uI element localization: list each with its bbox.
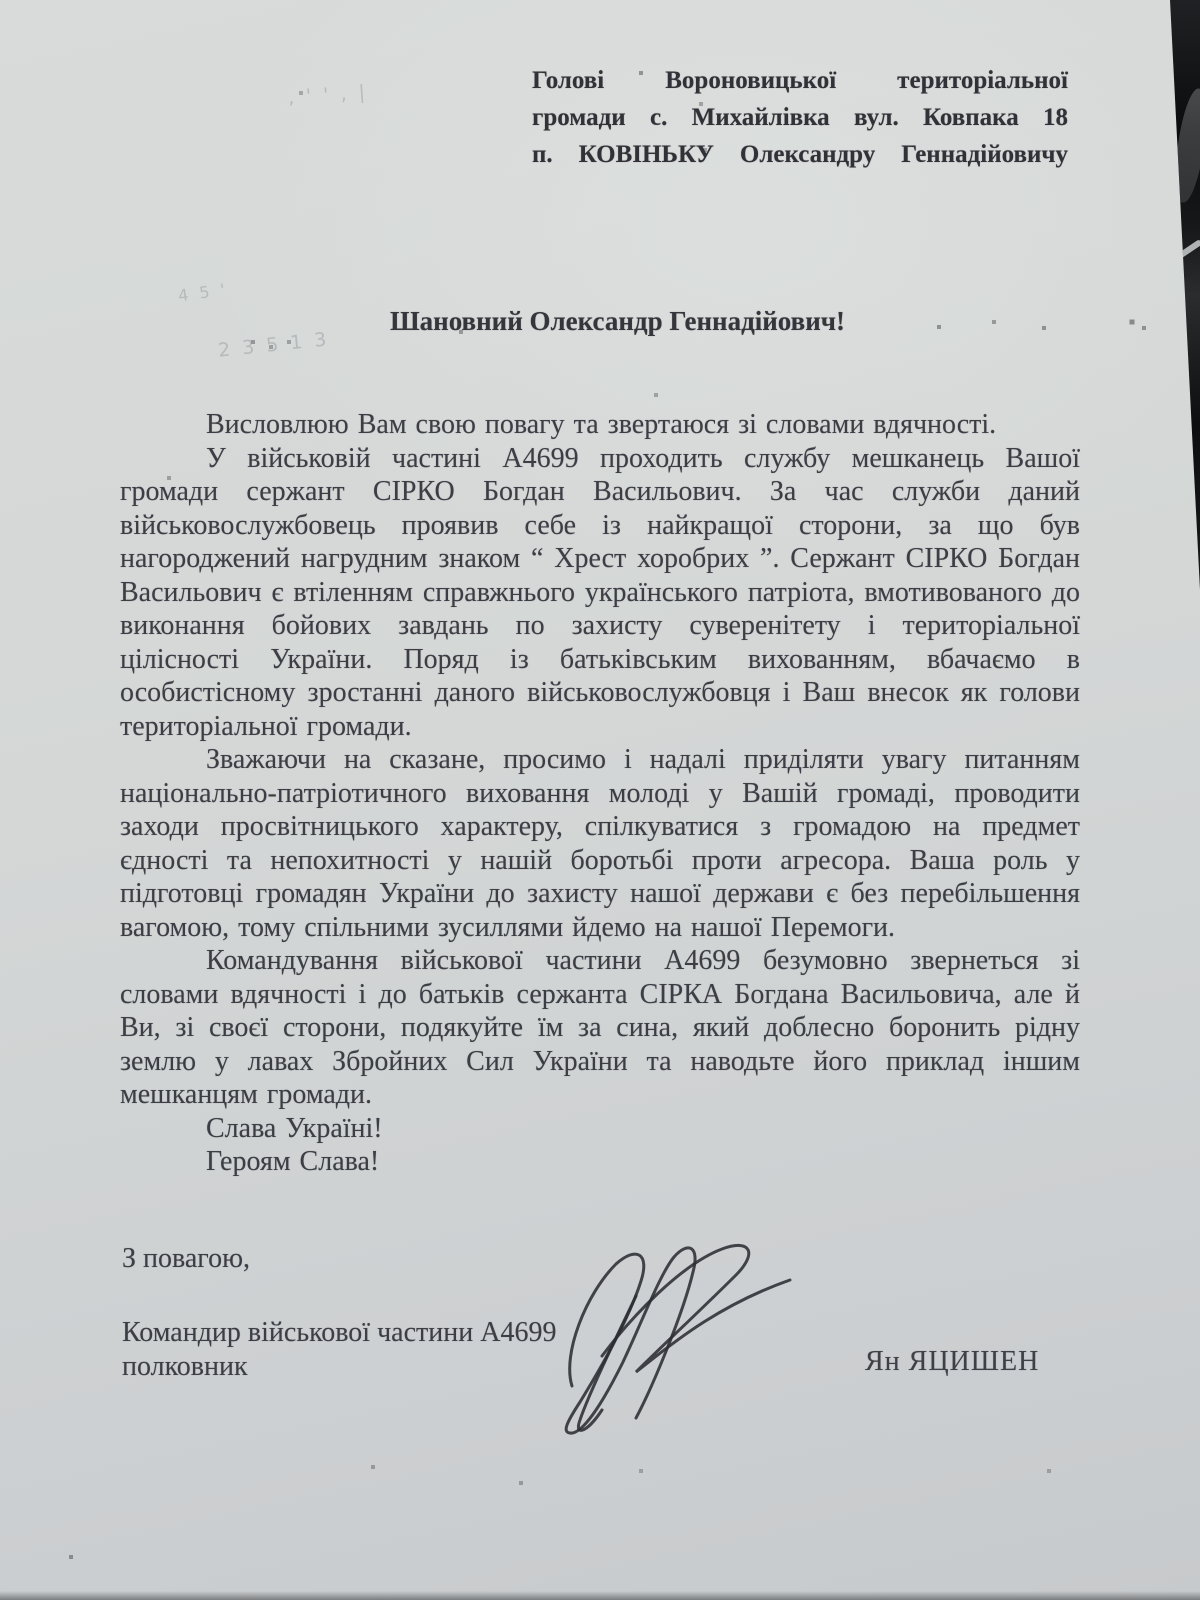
paragraph: Висловлюю Вам свою повагу та звертаюся з… [120, 408, 1080, 442]
signature-scribble [540, 1236, 795, 1441]
letter-page: , ' ' , | 4 5 ' 2 3 5 1 3 Голові Воронов… [0, 0, 1200, 1600]
dust-speckles [0, 0, 2, 2]
photo-background-edge [1170, 0, 1200, 590]
letter-body: Висловлюю Вам свою повагу та звертаюся з… [120, 408, 1080, 1179]
recipient-line: громади с. Михайлівка вул. Ковпака 18 [532, 99, 1068, 136]
recipient-block: Голові Вороновицької територіальної гром… [532, 62, 1068, 173]
paragraph: Командування військової частини А4699 бе… [120, 944, 1080, 1112]
pencil-mark: , ' ' , | [287, 81, 368, 109]
slogan-line: Слава Україні! [120, 1112, 1080, 1146]
bottom-shadow [0, 1591, 1200, 1600]
recipient-line: Голові Вороновицької територіальної [532, 62, 1068, 99]
light-streak [1171, 239, 1200, 263]
pencil-mark: 4 5 ' [177, 280, 229, 306]
background-reflection [1169, 87, 1200, 205]
recipient-line: п. КОВІНЬКУ Олександру Геннадійовичу [532, 136, 1068, 173]
slogan-line: Героям Слава! [120, 1145, 1080, 1179]
pencil-mark: 2 3 5 1 3 [217, 328, 330, 362]
salutation: Шановний Олександр Геннадійович! [390, 306, 845, 337]
paragraph: Зважаючи на сказане, просимо і надалі пр… [120, 743, 1080, 944]
paragraph: У військовій частині А4699 проходить слу… [120, 442, 1080, 744]
signer-name: Ян ЯЦИШЕН [865, 1346, 1039, 1378]
closing-phrase: З повагою, [122, 1243, 250, 1275]
